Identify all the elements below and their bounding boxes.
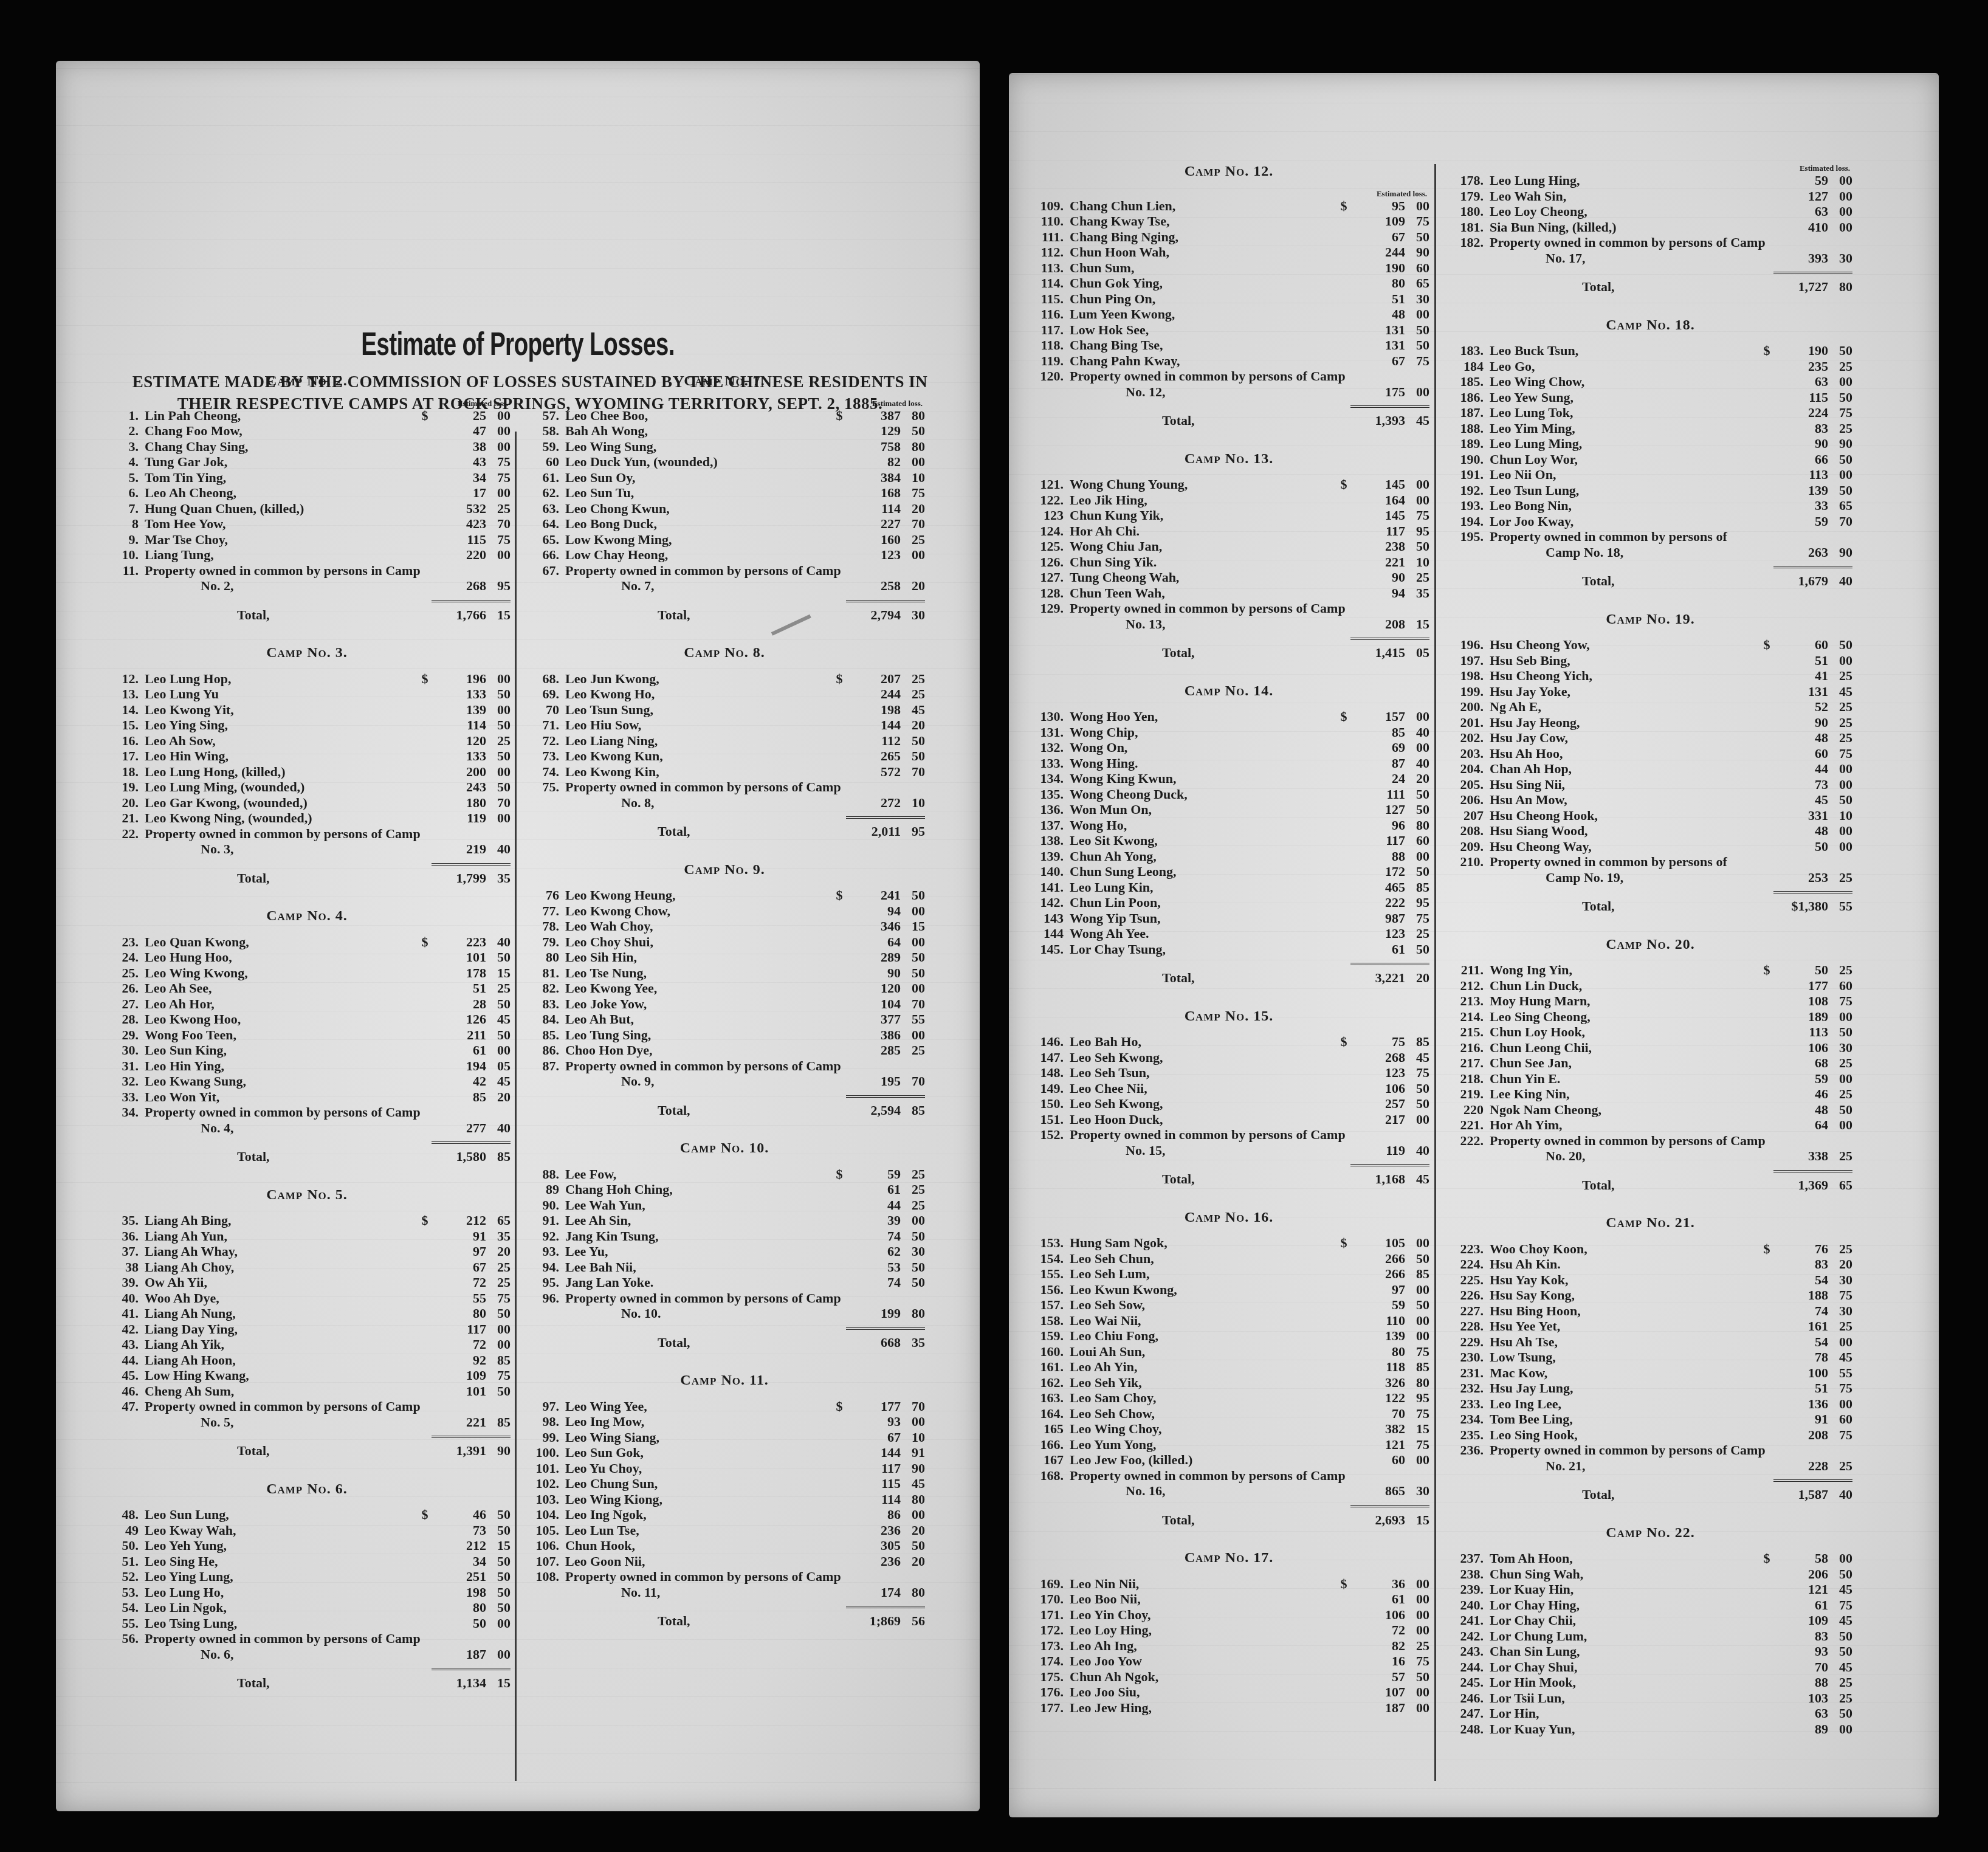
common-property-continuation: No. 15,11940 xyxy=(1028,1143,1429,1158)
claimant-row: 23.Leo Quan Kwong,$22340 xyxy=(103,934,511,950)
claimant-name: Leo Yin Choy, xyxy=(1070,1607,1336,1623)
claimant-row: 140.Chun Sung Leong,17250 xyxy=(1028,864,1429,880)
claimant-name: Lee Wah Yun, xyxy=(565,1197,831,1213)
claimant-row: 78.Leo Wah Choy,34615 xyxy=(524,918,925,934)
loss-dollars: 178 xyxy=(433,965,486,981)
entry-number: 147. xyxy=(1028,1050,1070,1065)
loss-dollars: 61 xyxy=(847,1182,901,1197)
loss-cents: 30 xyxy=(1828,1303,1852,1319)
claimant-row: 239.Lor Kuay Hin,12145 xyxy=(1448,1582,1852,1597)
entry-number: 200. xyxy=(1448,699,1490,715)
entry-number: 5. xyxy=(103,470,145,486)
loss-cents: 50 xyxy=(486,748,511,764)
loss-cents: 50 xyxy=(1828,1024,1852,1040)
entry-number: 98. xyxy=(524,1414,565,1430)
loss-dollars: 59 xyxy=(1352,1297,1405,1313)
loss-cents: 85 xyxy=(1405,1359,1429,1375)
claimant-name: Leo Seh Tsun, xyxy=(1070,1065,1336,1081)
loss-cents: 00 xyxy=(486,810,511,826)
loss-cents: 00 xyxy=(1828,467,1852,483)
claimant-name: Chun Hoon Wah, xyxy=(1070,244,1336,260)
claimant-row: 233.Leo Ing Lee,13600 xyxy=(1448,1396,1852,1412)
loss-cents: 00 xyxy=(486,1321,511,1337)
loss-dollars: 70 xyxy=(1352,1406,1405,1422)
claimant-row: 38Liang Ah Choy,6725 xyxy=(103,1259,511,1275)
loss-dollars: 85 xyxy=(433,1089,486,1105)
loss-dollars: 258 xyxy=(847,578,901,594)
entry-number: 144 xyxy=(1028,926,1070,941)
loss-cents: 55 xyxy=(1828,1365,1852,1381)
entry-number: 113. xyxy=(1028,260,1070,276)
loss-cents: 75 xyxy=(486,1368,511,1383)
common-property-continuation: No. 9,19570 xyxy=(524,1073,925,1089)
entry-number: 55. xyxy=(103,1616,145,1631)
claimant-row: 5.Tom Tin Ying,3475 xyxy=(103,470,511,486)
claimant-row: 230.Low Tsung,7845 xyxy=(1448,1349,1852,1365)
loss-cents: 30 xyxy=(1828,1040,1852,1056)
loss-cents: 00 xyxy=(486,671,511,687)
claimant-name: Leo Sing Cheong, xyxy=(1490,1009,1759,1025)
loss-dollars: 266 xyxy=(1352,1251,1405,1267)
loss-dollars: 207 xyxy=(847,671,901,687)
claimant-name: Leo Ing Lee, xyxy=(1490,1396,1759,1412)
camp-section: Camp No. 15.146.Leo Bah Ho,$7585147.Leo … xyxy=(1028,1009,1429,1187)
claimant-row: 52.Leo Ying Lung,25150 xyxy=(103,1569,511,1585)
entry-number: 212. xyxy=(1448,978,1490,994)
entry-number: 215. xyxy=(1448,1024,1490,1040)
entry-number: 192. xyxy=(1448,483,1490,498)
camp-section: Camp No. 4.23.Leo Quan Kwong,$2234024.Le… xyxy=(103,909,511,1165)
loss-dollars: 393 xyxy=(1775,250,1828,266)
camp-heading: Camp No. 12. xyxy=(1028,164,1429,180)
entry-number: 22. xyxy=(103,826,145,842)
camp-total: Total,3,22120 xyxy=(1028,970,1429,986)
loss-cents: 50 xyxy=(1828,1628,1852,1644)
claimant-name: Leo Ing Ngok, xyxy=(565,1507,831,1523)
entry-number: 181. xyxy=(1448,219,1490,235)
claimant-row: 164.Leo Seh Chow,7075 xyxy=(1028,1406,1429,1422)
loss-dollars: 72 xyxy=(433,1275,486,1290)
claimant-name: Leo Chee Boo, xyxy=(565,408,831,424)
entry-number: 103. xyxy=(524,1492,565,1507)
camp-section: Estimated loss.178.Leo Lung Hing,5900179… xyxy=(1448,164,1852,295)
loss-cents: 50 xyxy=(901,733,925,749)
entry-number: 152. xyxy=(1028,1127,1070,1143)
loss-dollars: 70 xyxy=(1775,1659,1828,1675)
claimant-row: 155.Leo Seh Lum,26685 xyxy=(1028,1266,1429,1282)
entry-number: 243. xyxy=(1448,1644,1490,1659)
loss-dollars: 80 xyxy=(1352,275,1405,291)
claimant-name: Leo Sih Hin, xyxy=(565,949,831,965)
claimant-row: 118.Chang Bing Tse,13150 xyxy=(1028,337,1429,353)
total-label: Total, xyxy=(103,870,418,886)
loss-cents: 05 xyxy=(486,1058,511,1074)
claimant-name: Leo Sun Tu, xyxy=(565,485,831,501)
loss-dollars: 28 xyxy=(433,996,486,1012)
claimant-row: 53.Leo Lung Ho,19850 xyxy=(103,1585,511,1600)
claimant-name: Leo Gar Kwong, (wounded,) xyxy=(145,795,417,811)
claimant-name: Leo Joo Yow xyxy=(1070,1653,1336,1669)
entry-number: 82. xyxy=(524,980,565,996)
entry-number: 175. xyxy=(1028,1669,1070,1685)
loss-dollars: 187 xyxy=(433,1647,486,1662)
claimant-row: 240.Lor Chay Hing,6175 xyxy=(1448,1597,1852,1613)
loss-dollars: 157 xyxy=(1352,709,1405,725)
loss-dollars: 72 xyxy=(433,1337,486,1352)
loss-cents: 50 xyxy=(486,1569,511,1585)
claimant-name: Leo Sam Choy, xyxy=(1070,1390,1336,1406)
claimant-row: 225.Hsu Yay Kok,5430 xyxy=(1448,1272,1852,1288)
entry-number: 199. xyxy=(1448,684,1490,700)
loss-dollars: 208 xyxy=(1775,1427,1828,1443)
claimant-row: 106.Chun Hook,30550 xyxy=(524,1538,925,1554)
claimant-name: Hsu Yay Kok, xyxy=(1490,1272,1759,1288)
claimant-row: 66.Low Chay Heong,12300 xyxy=(524,547,925,563)
camp-heading: Camp No. 21. xyxy=(1448,1216,1852,1231)
entry-number: 115. xyxy=(1028,291,1070,307)
claimant-name: Leo Kwong Hoo, xyxy=(145,1011,417,1027)
loss-dollars: 127 xyxy=(1775,188,1828,204)
claimant-name: Liang Ah Choy, xyxy=(145,1259,417,1275)
claimant-name: Hsu An Mow, xyxy=(1490,792,1759,808)
claimant-row: 125.Wong Chiu Jan,23850 xyxy=(1028,539,1429,554)
claimant-name: Lee Yu, xyxy=(565,1244,831,1259)
claimant-name: Hsu Sing Nii, xyxy=(1490,777,1759,793)
entry-number: 116. xyxy=(1028,306,1070,322)
claimant-name: Leo Ah See, xyxy=(145,980,417,996)
camp-heading: Camp No. 10. xyxy=(524,1141,925,1157)
claimant-name: Hsu Cheong Yow, xyxy=(1490,637,1759,653)
claimant-row: 201.Hsu Jay Heong,9025 xyxy=(1448,715,1852,731)
loss-cents: 75 xyxy=(1828,1597,1852,1613)
claimant-name: Tung Cheong Wah, xyxy=(1070,570,1336,585)
camp-heading: Camp No. 17. xyxy=(1028,1551,1429,1566)
entry-number: 188. xyxy=(1448,421,1490,436)
entry-number: 213. xyxy=(1448,993,1490,1009)
camp-total: Total,1,41505 xyxy=(1028,645,1429,661)
camp-reference: No. 7, xyxy=(565,578,831,594)
loss-dollars: 139 xyxy=(1352,1328,1405,1344)
camp-reference: No. 15, xyxy=(1070,1143,1336,1158)
claimant-row: 219.Lee King Nin,4625 xyxy=(1448,1086,1852,1102)
loss-cents: 50 xyxy=(486,949,511,965)
camp-reference: No. 17, xyxy=(1490,250,1759,266)
loss-dollars: 117 xyxy=(847,1461,901,1476)
claimant-row: 206.Hsu An Mow,4550 xyxy=(1448,792,1852,808)
entry-number: 69. xyxy=(524,686,565,702)
claimant-name: Property owned in common by persons of xyxy=(1490,529,1852,544)
camp-section: Camp No. 5.35.Liang Ah Bing,$2126536.Lia… xyxy=(103,1188,511,1459)
claimant-name: Chun Sung Leong, xyxy=(1070,864,1336,880)
entry-number: 131. xyxy=(1028,725,1070,740)
loss-cents: 00 xyxy=(1828,653,1852,669)
entry-number: 108. xyxy=(524,1569,565,1585)
loss-cents: 25 xyxy=(486,501,511,517)
loss-cents: 00 xyxy=(1405,198,1429,214)
loss-dollars: 122 xyxy=(1352,1390,1405,1406)
claimant-row: 55.Leo Tsing Lung,5000 xyxy=(103,1616,511,1631)
camp-reference: No. 4, xyxy=(145,1120,417,1136)
claimant-row: 95.Jang Lan Yoke.7450 xyxy=(524,1275,925,1290)
entry-number: 149. xyxy=(1028,1081,1070,1096)
total-dollars: 1,766 xyxy=(418,607,486,623)
entry-number: 64. xyxy=(524,516,565,532)
total-dollars: 1,393 xyxy=(1337,413,1405,429)
loss-cents: 45 xyxy=(901,1476,925,1492)
entry-number: 163. xyxy=(1028,1390,1070,1406)
claimant-name: Leo Hung Hoo, xyxy=(145,949,417,965)
total-dollars: 1,799 xyxy=(418,870,486,886)
common-property-continuation: No. 20,33825 xyxy=(1448,1148,1852,1164)
loss-cents: 25 xyxy=(901,1197,925,1213)
camp-heading: Camp No. 3. xyxy=(103,645,511,661)
camp-section: Camp No. 17.169.Leo Nin Nii,$3600170.Leo… xyxy=(1028,1551,1429,1715)
loss-cents: 00 xyxy=(486,408,511,424)
loss-dollars: 139 xyxy=(433,702,486,718)
loss-dollars: 572 xyxy=(847,764,901,780)
total-label: Total, xyxy=(524,1103,833,1118)
loss-cents: 45 xyxy=(1828,1613,1852,1628)
claimant-name: Property owned in common by persons of C… xyxy=(1070,601,1429,616)
claimant-name: Leo Kwang Sung, xyxy=(145,1073,417,1089)
common-property-row: 108.Property owned in common by persons … xyxy=(524,1569,925,1585)
entry-number: 238. xyxy=(1448,1566,1490,1582)
loss-dollars: 235 xyxy=(1775,359,1828,374)
claimant-name: Ng Ah E, xyxy=(1490,699,1759,715)
loss-cents: 25 xyxy=(1828,1675,1852,1690)
claimant-name: Property owned in common by persons of C… xyxy=(565,1569,925,1584)
loss-dollars: 382 xyxy=(1352,1421,1405,1437)
loss-dollars: 24 xyxy=(1352,771,1405,787)
camp-total: Total,1,72780 xyxy=(1448,279,1852,295)
total-rule xyxy=(1350,1164,1429,1166)
loss-cents: 30 xyxy=(1828,250,1852,266)
claimant-row: 97.Leo Wing Yee,$17770 xyxy=(524,1399,925,1414)
loss-cents: 00 xyxy=(901,547,925,563)
claimant-row: 24.Leo Hung Hoo,10150 xyxy=(103,949,511,965)
claimant-row: 60Leo Duck Yun, (wounded,)8200 xyxy=(524,454,925,470)
loss-cents: 75 xyxy=(1828,405,1852,421)
common-property-row: 222.Property owned in common by persons … xyxy=(1448,1133,1852,1149)
loss-dollars: 55 xyxy=(433,1290,486,1306)
loss-dollars: 987 xyxy=(1352,911,1405,926)
entry-number: 28. xyxy=(103,1011,145,1027)
entry-number: 61. xyxy=(524,470,565,486)
total-cents: 05 xyxy=(1405,645,1429,661)
claimant-name: Leo Yu Choy, xyxy=(565,1461,831,1476)
claimant-row: 1.Lin Pah Cheong,$2500 xyxy=(103,408,511,424)
loss-dollars: 217 xyxy=(1352,1112,1405,1127)
loss-cents: 00 xyxy=(1405,477,1429,492)
entry-number: 177. xyxy=(1028,1700,1070,1716)
claimant-row: 209.Hsu Cheong Way,5000 xyxy=(1448,839,1852,855)
loss-cents: 00 xyxy=(1405,1235,1429,1251)
camp-section: Camp No. 16.153.Hung Sam Ngok,$10500154.… xyxy=(1028,1210,1429,1528)
entry-number: 138. xyxy=(1028,833,1070,849)
claimant-name: Leo Wing Siang, xyxy=(565,1430,831,1445)
loss-dollars: 97 xyxy=(1352,1282,1405,1298)
claimant-name: Leo Loy Cheong, xyxy=(1490,204,1759,219)
claimant-row: 40.Woo Ah Dye,5575 xyxy=(103,1290,511,1306)
entry-number: 8 xyxy=(103,516,145,532)
claimant-row: 167Leo Jew Foo, (killed.)6000 xyxy=(1028,1452,1429,1468)
entry-number: 222. xyxy=(1448,1133,1490,1149)
total-cents: 15 xyxy=(1405,1512,1429,1528)
claimant-name: Leo Duck Yun, (wounded,) xyxy=(565,454,831,470)
claimant-name: Leo Lung Ming, xyxy=(1490,436,1759,452)
camp-heading: Camp No. 2. xyxy=(103,374,511,390)
claimant-row: 100.Leo Sun Gok,14491 xyxy=(524,1445,925,1461)
loss-cents: 70 xyxy=(901,996,925,1012)
loss-dollars: 188 xyxy=(1775,1287,1828,1303)
entry-number: 165 xyxy=(1028,1421,1070,1437)
entry-number: 67. xyxy=(524,563,565,579)
claimant-row: 181.Sia Bun Ning, (killed,)41000 xyxy=(1448,219,1852,235)
claimant-name: Leo Sun Gok, xyxy=(565,1445,831,1461)
camp-section: Camp No. 13.121.Wong Chung Young,$145001… xyxy=(1028,452,1429,661)
loss-cents: 95 xyxy=(1405,895,1429,911)
claimant-row: 59.Leo Wing Sung,75880 xyxy=(524,439,925,455)
loss-cents: 20 xyxy=(901,578,925,594)
loss-cents: 80 xyxy=(1405,818,1429,833)
loss-dollars: 33 xyxy=(1775,498,1828,514)
camp-total: Total,1,39190 xyxy=(103,1443,511,1459)
entry-number: 73. xyxy=(524,748,565,764)
entry-number: 57. xyxy=(524,408,565,424)
claimant-row: 28.Leo Kwong Hoo,12645 xyxy=(103,1011,511,1027)
entry-number: 209. xyxy=(1448,839,1490,855)
claimant-name: Lor Chay Hing, xyxy=(1490,1597,1759,1613)
claimant-name: Leo Wah Sin, xyxy=(1490,188,1759,204)
loss-dollars: 758 xyxy=(847,439,901,455)
entry-number: 183. xyxy=(1448,343,1490,359)
loss-dollars: 96 xyxy=(1352,818,1405,833)
claimant-row: 177.Leo Jew Hing,18700 xyxy=(1028,1700,1429,1716)
claimant-name: Chun Hook, xyxy=(565,1538,831,1554)
loss-cents: 65 xyxy=(1828,498,1852,514)
claimant-name: Leo Ah Ing, xyxy=(1070,1638,1336,1654)
entry-number: 43. xyxy=(103,1337,145,1352)
claimant-name: Leo Jik Hing, xyxy=(1070,492,1336,508)
claimant-row: 242.Lor Chung Lum,8350 xyxy=(1448,1628,1852,1644)
claimant-row: 45.Low Hing Kwang,10975 xyxy=(103,1368,511,1383)
loss-dollars: 131 xyxy=(1352,322,1405,338)
loss-dollars: 268 xyxy=(1352,1050,1405,1065)
claimant-row: 32.Leo Kwang Sung,4245 xyxy=(103,1073,511,1089)
entry-number: 248. xyxy=(1448,1721,1490,1737)
total-dollars: 2,693 xyxy=(1337,1512,1405,1528)
claimant-row: 86.Choo Hon Dye,28525 xyxy=(524,1042,925,1058)
loss-dollars: 174 xyxy=(847,1585,901,1600)
total-label: Total, xyxy=(1028,645,1337,661)
loss-dollars: 41 xyxy=(1775,668,1828,684)
claimant-name: Leo Kwong Ning, (wounded,) xyxy=(145,810,417,826)
camp-reference: No. 20, xyxy=(1490,1148,1759,1164)
claimant-name: Lee Ah Sin, xyxy=(565,1213,831,1228)
dollar-sign: $ xyxy=(417,671,433,687)
loss-dollars: 263 xyxy=(1775,545,1828,560)
loss-dollars: 145 xyxy=(1352,508,1405,523)
loss-cents: 00 xyxy=(486,423,511,439)
loss-dollars: 59 xyxy=(1775,173,1828,188)
claimant-name: Leo Kwong Kun, xyxy=(565,748,831,764)
claimant-name: Leo Kwun Kwong, xyxy=(1070,1282,1336,1298)
claimant-row: 14.Leo Kwong Yit,13900 xyxy=(103,702,511,718)
claimant-name: Leo Sing He, xyxy=(145,1554,417,1569)
entry-number: 229. xyxy=(1448,1334,1490,1350)
camp-heading: Camp No. 9. xyxy=(524,862,925,878)
claimant-row: 186.Leo Yew Sung,11550 xyxy=(1448,390,1852,405)
claimant-name: Liang Day Ying, xyxy=(145,1321,417,1337)
claimant-name: Leo Seh Lum, xyxy=(1070,1266,1336,1282)
entry-number: 237. xyxy=(1448,1551,1490,1566)
claimant-row: 132.Wong On,6900 xyxy=(1028,740,1429,756)
claimant-row: 25.Leo Wing Kwong,17815 xyxy=(103,965,511,981)
claimant-row: 6.Leo Ah Cheong,1700 xyxy=(103,485,511,501)
claimant-row: 169.Leo Nin Nii,$3600 xyxy=(1028,1576,1429,1592)
claimant-row: 73.Leo Kwong Kun,26550 xyxy=(524,748,925,764)
claimant-name: Ngok Nam Cheong, xyxy=(1490,1102,1759,1118)
entry-number: 18. xyxy=(103,764,145,780)
claimant-name: Chang Chay Sing, xyxy=(145,439,417,455)
total-label: Total, xyxy=(103,1443,418,1459)
claimant-name: Chun Ping On, xyxy=(1070,291,1336,307)
claimant-row: 84.Leo Ah But,37755 xyxy=(524,1011,925,1027)
claimant-row: 173.Leo Ah Ing,8225 xyxy=(1028,1638,1429,1654)
total-rule xyxy=(1350,405,1429,408)
loss-cents: 50 xyxy=(1405,1251,1429,1267)
claimant-name: Chan Ah Hop, xyxy=(1490,761,1759,777)
claimant-row: 91.Lee Ah Sin,3900 xyxy=(524,1213,925,1228)
claimant-row: 122.Leo Jik Hing,16400 xyxy=(1028,492,1429,508)
claimant-row: 193.Leo Bong Nin,3365 xyxy=(1448,498,1852,514)
loss-cents: 80 xyxy=(1405,1375,1429,1391)
claimant-name: Leo Lung Ho, xyxy=(145,1585,417,1600)
common-property-continuation: No. 2,26895 xyxy=(103,578,511,594)
claimant-name: Leo Bong Nin, xyxy=(1490,498,1759,514)
claimant-row: 2.Chang Foo Mow,4700 xyxy=(103,423,511,439)
loss-dollars: 224 xyxy=(1775,405,1828,421)
claimant-name: Hsu Cheong Hook, xyxy=(1490,808,1759,824)
entry-number: 91. xyxy=(524,1213,565,1228)
loss-cents: 20 xyxy=(1828,1256,1852,1272)
entry-number: 146. xyxy=(1028,1034,1070,1050)
entry-number: 38 xyxy=(103,1259,145,1275)
claimant-row: 36.Liang Ah Yun,9135 xyxy=(103,1228,511,1244)
loss-dollars: 60 xyxy=(1775,637,1828,653)
claimant-row: 217.Chun See Jan,6825 xyxy=(1448,1055,1852,1071)
claimant-row: 174.Leo Joo Yow1675 xyxy=(1028,1653,1429,1669)
loss-dollars: 52 xyxy=(1775,699,1828,715)
claimant-row: 128.Chun Teen Wah,9435 xyxy=(1028,585,1429,601)
claimant-name: Property owned in common by persons of C… xyxy=(145,1631,511,1646)
total-cents: 90 xyxy=(486,1443,511,1459)
claimant-row: 247.Lor Hin,6350 xyxy=(1448,1706,1852,1721)
entry-number: 52. xyxy=(103,1569,145,1585)
claimant-row: 231.Mac Kow,10055 xyxy=(1448,1365,1852,1381)
entry-number: 6. xyxy=(103,485,145,501)
claimant-row: 15.Leo Ying Sing,11450 xyxy=(103,717,511,733)
loss-dollars: 338 xyxy=(1775,1148,1828,1164)
loss-dollars: 106 xyxy=(1352,1081,1405,1096)
column-divider xyxy=(515,432,517,1781)
loss-cents: 25 xyxy=(1405,926,1429,941)
total-label: Total, xyxy=(524,607,833,623)
loss-cents: 20 xyxy=(901,717,925,733)
claimant-row: 90.Lee Wah Yun,4425 xyxy=(524,1197,925,1213)
loss-cents: 25 xyxy=(486,733,511,749)
loss-cents: 00 xyxy=(1828,1334,1852,1350)
